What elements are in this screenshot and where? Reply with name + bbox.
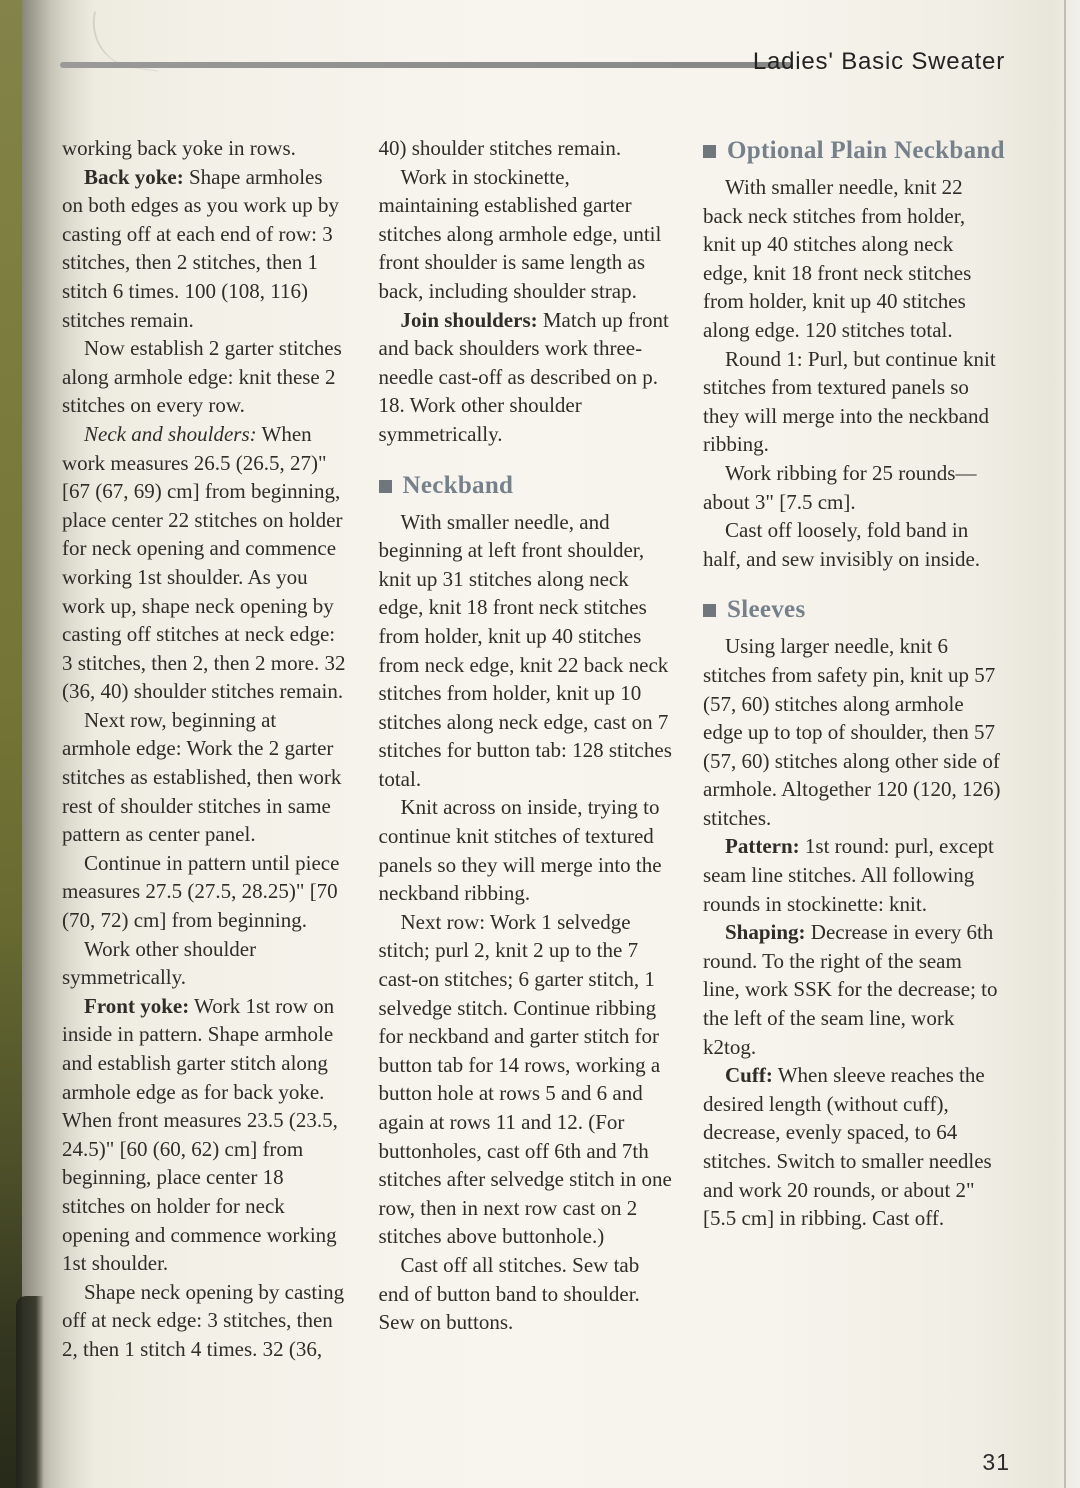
- page-title: Ladies' Basic Sweater: [753, 48, 1005, 76]
- text-run: Next row: Work 1 selvedge stitch; purl 2…: [379, 910, 672, 1249]
- section-heading-label: Neckband: [403, 472, 514, 499]
- content-columns: working back yoke in rows.Back yoke: Sha…: [62, 134, 1003, 1364]
- paragraph: Continue in pattern until piece measures…: [62, 849, 348, 935]
- text-run: 40) shoulder stitches remain.: [379, 136, 622, 160]
- text-run: Round 1: Purl, but continue knit stitche…: [703, 347, 996, 457]
- text-run: Now establish 2 garter stitches along ar…: [62, 336, 342, 417]
- paragraph: Shaping: Decrease in every 6th round. To…: [703, 918, 1003, 1061]
- bold-text-run: Back yoke:: [84, 165, 184, 189]
- text-run: With smaller needle, knit 22 back neck s…: [703, 175, 971, 342]
- column-right: Optional Plain NeckbandWith smaller need…: [703, 134, 1003, 1364]
- section-heading: Sleeves: [703, 595, 1003, 625]
- section-heading-label: Sleeves: [727, 596, 805, 623]
- page-number: 31: [982, 1449, 1010, 1476]
- paragraph: Pattern: 1st round: purl, except seam li…: [703, 832, 1003, 918]
- text-run: When work measures 26.5 (26.5, 27)" [67 …: [62, 422, 345, 703]
- column-middle: 40) shoulder stitches remain.Work in sto…: [379, 134, 673, 1364]
- paragraph: Knit across on inside, trying to continu…: [379, 793, 673, 907]
- paragraph: With smaller needle, knit 22 back neck s…: [703, 173, 1003, 345]
- paragraph: Work other shoulder symmetrically.: [62, 935, 348, 992]
- paragraph: Neck and shoulders: When work measures 2…: [62, 420, 348, 706]
- bold-text-run: Shaping:: [725, 920, 806, 944]
- text-run: working back yoke in rows.: [62, 136, 296, 160]
- paragraph: Cast off loosely, fold band in half, and…: [703, 516, 1003, 573]
- text-run: Continue in pattern until piece measures…: [62, 851, 339, 932]
- paragraph: Next row: Work 1 selvedge stitch; purl 2…: [379, 908, 673, 1251]
- header-rule: [60, 62, 793, 68]
- bold-text-run: Join shoulders:: [401, 308, 538, 332]
- text-run: Work in stockinette, maintaining establi…: [379, 165, 662, 303]
- paragraph: Back yoke: Shape armholes on both edges …: [62, 163, 348, 335]
- text-run: Cast off loosely, fold band in half, and…: [703, 518, 980, 571]
- text-run: Next row, beginning at armhole edge: Wor…: [62, 708, 341, 846]
- text-run: Shape neck opening by casting off at nec…: [62, 1280, 344, 1361]
- paragraph: 40) shoulder stitches remain.: [379, 134, 673, 163]
- section-heading-label: Optional Plain Neckband: [727, 137, 1005, 164]
- paragraph: With smaller needle, and beginning at le…: [379, 508, 673, 794]
- paragraph: Work in stockinette, maintaining establi…: [379, 163, 673, 306]
- paragraph: Round 1: Purl, but continue knit stitche…: [703, 345, 1003, 459]
- column-left: working back yoke in rows.Back yoke: Sha…: [62, 134, 348, 1364]
- page-right-edge: [1064, 0, 1066, 1488]
- paragraph: Join shoulders: Match up front and back …: [379, 306, 673, 449]
- section-heading: Neckband: [379, 471, 673, 501]
- text-run: Work ribbing for 25 rounds—about 3" [7.5…: [703, 461, 976, 514]
- paragraph: Work ribbing for 25 rounds—about 3" [7.5…: [703, 459, 1003, 516]
- paragraph: Cuff: When sleeve reaches the desired le…: [703, 1061, 1003, 1233]
- paragraph: Shape neck opening by casting off at nec…: [62, 1278, 348, 1364]
- text-run: Shape armholes on both edges as you work…: [62, 165, 339, 332]
- text-run: When sleeve reaches the desired length (…: [703, 1063, 992, 1230]
- bold-text-run: Cuff:: [725, 1063, 773, 1087]
- bold-text-run: Pattern:: [725, 834, 800, 858]
- paragraph: working back yoke in rows.: [62, 134, 348, 163]
- square-bullet-icon: [703, 145, 716, 158]
- square-bullet-icon: [379, 480, 392, 493]
- square-bullet-icon: [703, 604, 716, 617]
- paragraph: Now establish 2 garter stitches along ar…: [62, 334, 348, 420]
- paragraph: Next row, beginning at armhole edge: Wor…: [62, 706, 348, 849]
- text-run: With smaller needle, and beginning at le…: [379, 510, 672, 791]
- italic-text-run: Neck and shoulders:: [84, 422, 257, 446]
- book-binding-edge: [0, 0, 22, 1488]
- text-run: Work other shoulder symmetrically.: [62, 937, 256, 990]
- text-run: Knit across on inside, trying to continu…: [379, 795, 662, 905]
- section-heading: Optional Plain Neckband: [703, 136, 1003, 166]
- text-run: Using larger needle, knit 6 stitches fro…: [703, 634, 1000, 830]
- text-run: Work 1st row on inside in pattern. Shape…: [62, 994, 338, 1275]
- paragraph: Front yoke: Work 1st row on inside in pa…: [62, 992, 348, 1278]
- text-run: Cast off all stitches. Sew tab end of bu…: [379, 1253, 640, 1334]
- paragraph: Using larger needle, knit 6 stitches fro…: [703, 632, 1003, 832]
- scanned-book-page: Ladies' Basic Sweater working back yoke …: [0, 0, 1080, 1488]
- paragraph: Cast off all stitches. Sew tab end of bu…: [379, 1251, 673, 1337]
- bold-text-run: Front yoke:: [84, 994, 189, 1018]
